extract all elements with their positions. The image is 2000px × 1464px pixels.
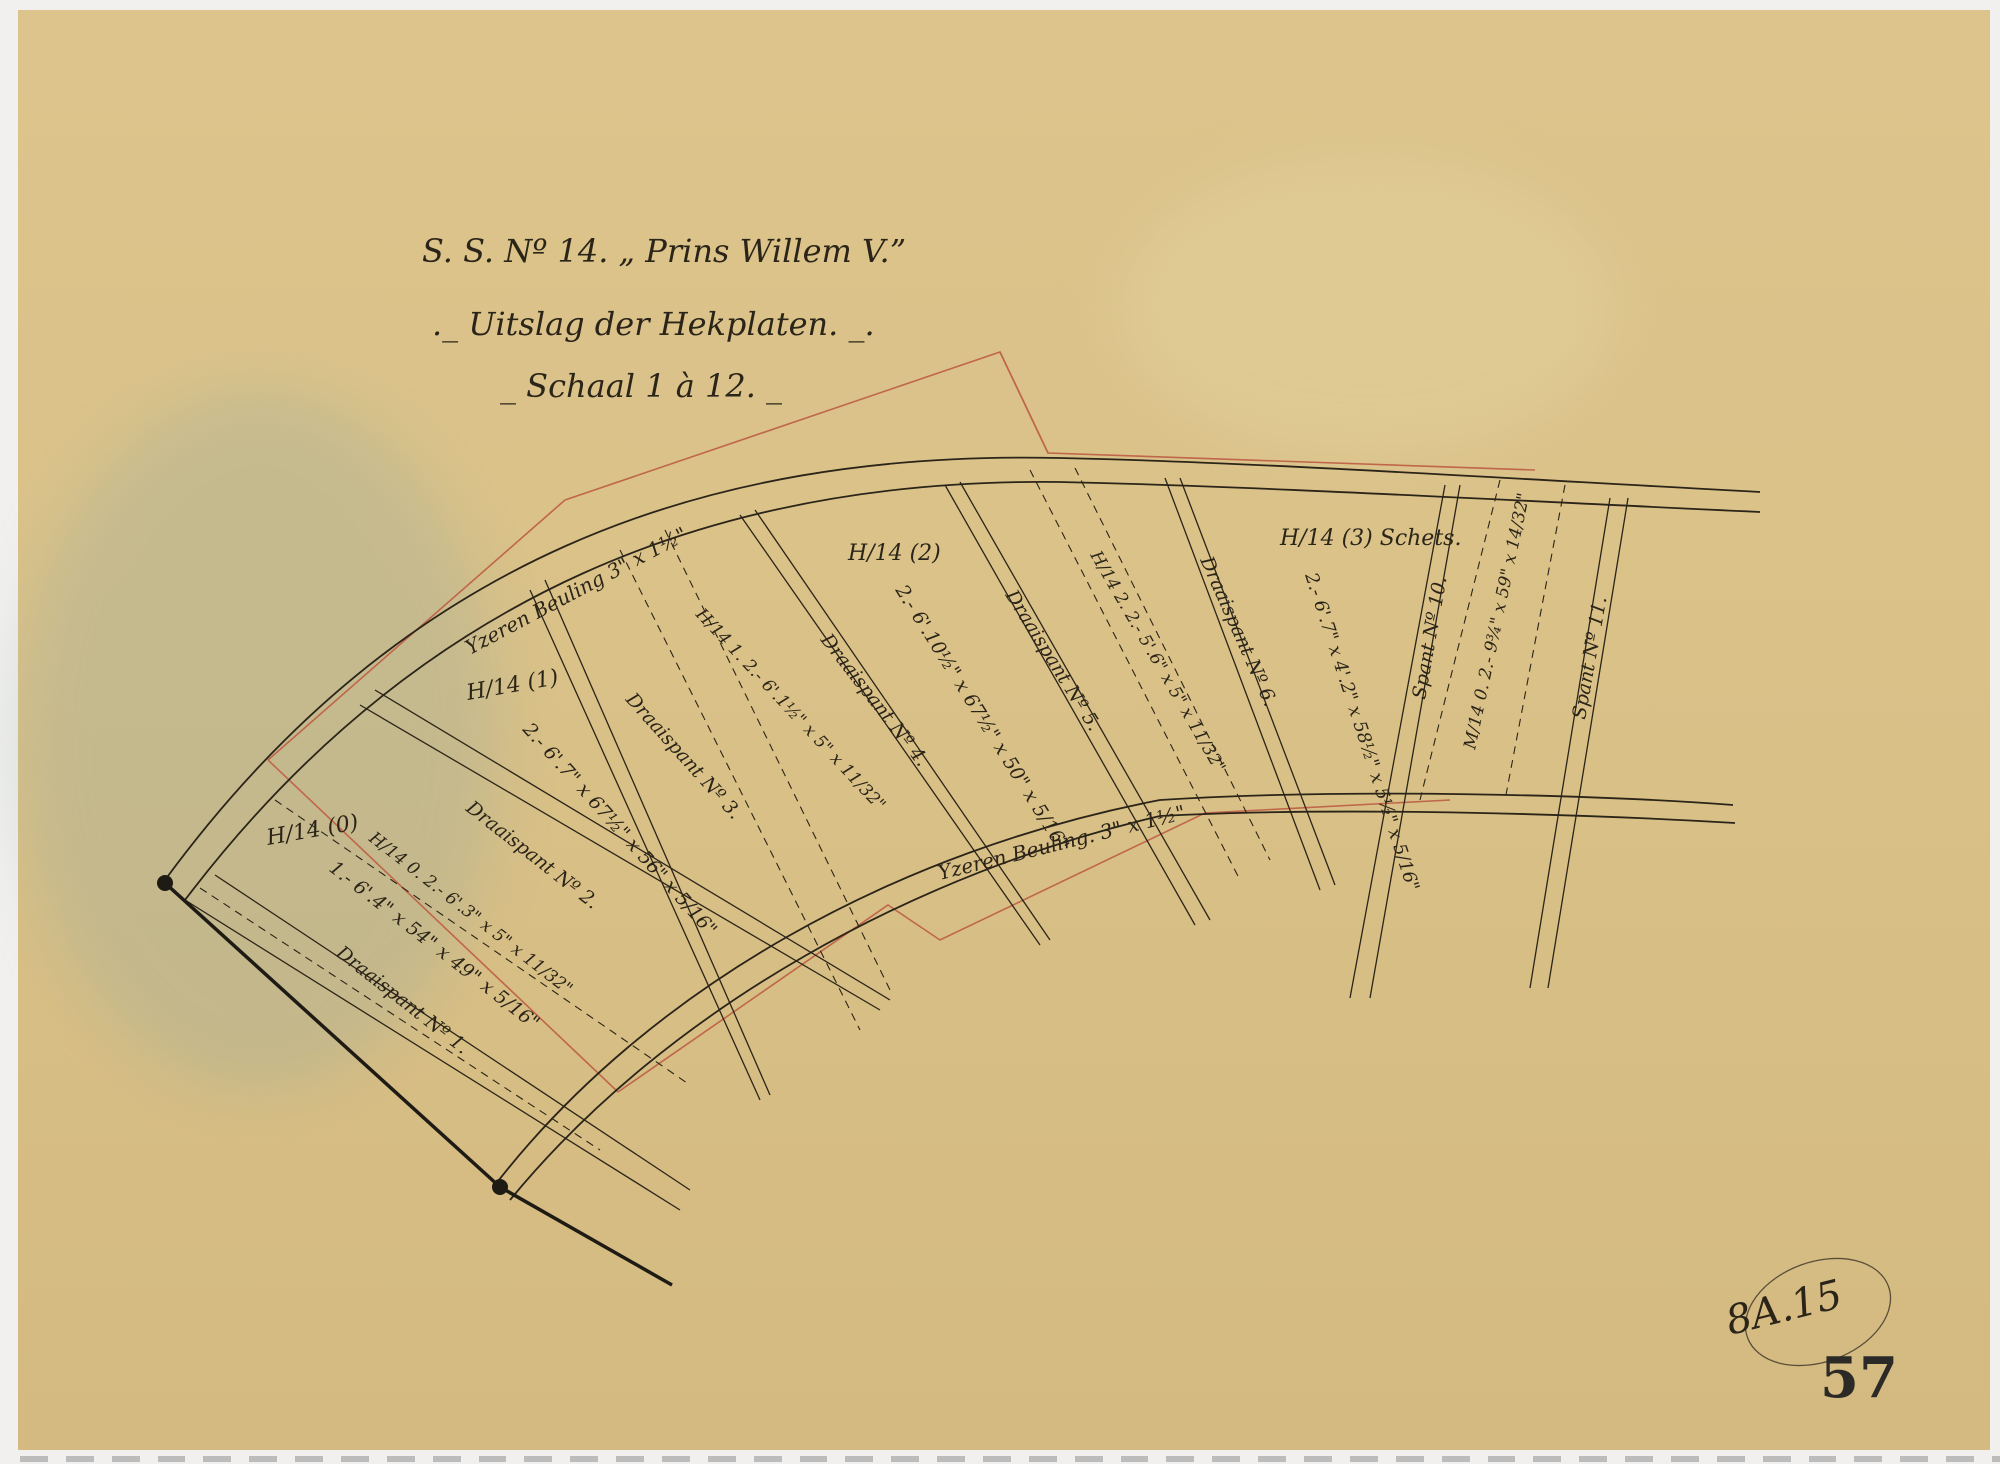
frame-label-2: Draaispant Nº 2. xyxy=(461,796,603,914)
archive-ref: 8A.15 xyxy=(1721,1272,1847,1345)
plate-id-2: H/14 (2) xyxy=(847,541,941,566)
plate-id-3: H/14 (3) Schets. xyxy=(1279,526,1461,551)
scan-border-strip xyxy=(0,1452,2000,1464)
strap-label-m: M/14 0. 2.- 9¾" x 59" x 14/32" xyxy=(1460,491,1534,752)
plate-spec-2: 2.- 6'.10½" x 67½" x 50" x 5/16" xyxy=(890,580,1073,855)
technical-drawing: Yzeren Beuling 3" x 1½" Yzeren Beuling. … xyxy=(0,0,2000,1464)
vertex-dot-upper xyxy=(157,875,173,891)
title-line-1: S. S. Nº 14. „ Prins Willem V.” xyxy=(422,232,906,270)
plate-spec-3: 2.- 6'.7" x 4'.2" x 58½" x 5½" x 5/16" xyxy=(1300,569,1423,894)
frame-label-6: Draaispant Nº 6. xyxy=(1195,552,1281,710)
vertex-dot-lower xyxy=(492,1179,508,1195)
plate-id-0: H/14 (0) xyxy=(264,810,361,851)
sheet-number: 57 xyxy=(1820,1345,1898,1411)
upper-beam-label: Yzeren Beuling 3" x 1½" xyxy=(461,522,691,659)
frame-label-11: Spant Nº 11. xyxy=(1568,595,1611,721)
title-line-2: ._ Uitslag der Hekplaten. _. xyxy=(432,305,875,343)
lower-beam-lines xyxy=(495,794,1735,1200)
title-line-3: _ Schaal 1 à 12. _ xyxy=(500,367,782,405)
strap-dashed-lines xyxy=(200,468,1565,1150)
frame-label-3: Draaispant Nº 3. xyxy=(621,688,746,824)
plate-id-1: H/14 (1) xyxy=(464,665,561,706)
frame-label-10: Spant Nº 10. xyxy=(1408,575,1451,701)
frame-label-5: Draaispant Nº 5. xyxy=(1000,585,1105,735)
